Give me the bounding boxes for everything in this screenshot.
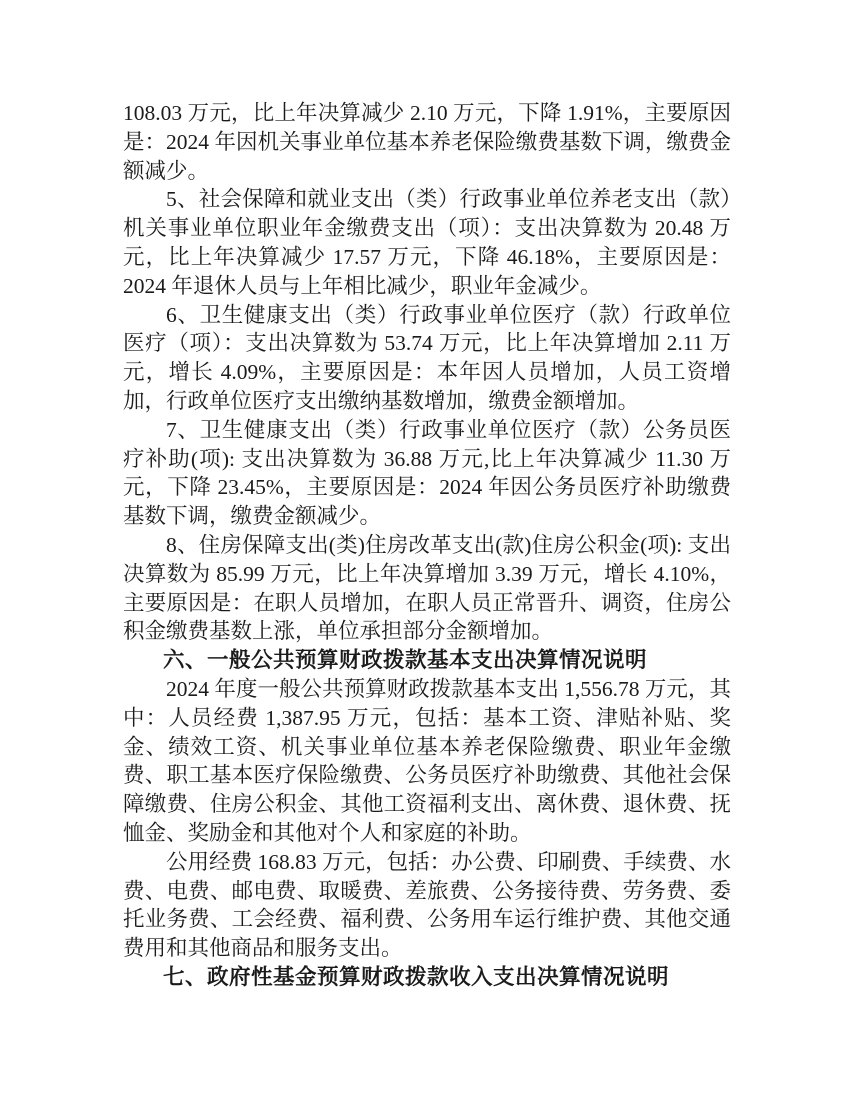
section-heading-seven-government-fund-budget: 七、政府性基金预算财政拨款收入支出决算情况说明	[123, 963, 731, 992]
paragraph-item8-housing-fund: 8、住房保障支出(类)住房改革支出(款)住房公积金(项): 支出决算数为 85.…	[123, 531, 731, 646]
paragraph-item6-admin-unit-medical: 6、卫生健康支出（类）行政事业单位医疗（款）行政单位医疗（项）：支出决算数为 5…	[123, 301, 731, 416]
paragraph-public-funds: 公用经费 168.83 万元，包括：办公费、印刷费、手续费、水费、电费、邮电费、…	[123, 848, 731, 963]
paragraph-item5-occupational-annuity: 5、社会保障和就业支出（类）行政事业单位养老支出（款）机关事业单位职业年金缴费支…	[123, 185, 731, 300]
paragraph-continued-pension-base-decrease: 108.03 万元，比上年决算减少 2.10 万元，下降 1.91%，主要原因是…	[123, 99, 731, 185]
document-text-block: 108.03 万元，比上年决算减少 2.10 万元，下降 1.91%，主要原因是…	[123, 99, 731, 992]
paragraph-item7-civil-servant-medical-subsidy: 7、卫生健康支出（类）行政事业单位医疗（款）公务员医疗补助(项): 支出决算数为…	[123, 416, 731, 531]
section-heading-six-basic-expenditure: 六、一般公共预算财政拨款基本支出决算情况说明	[123, 646, 731, 675]
document-page: 108.03 万元，比上年决算减少 2.10 万元，下降 1.91%，主要原因是…	[0, 0, 850, 1100]
paragraph-basic-expenditure-personnel-funds: 2024 年度一般公共预算财政拨款基本支出 1,556.78 万元，其中：人员经…	[123, 675, 731, 848]
